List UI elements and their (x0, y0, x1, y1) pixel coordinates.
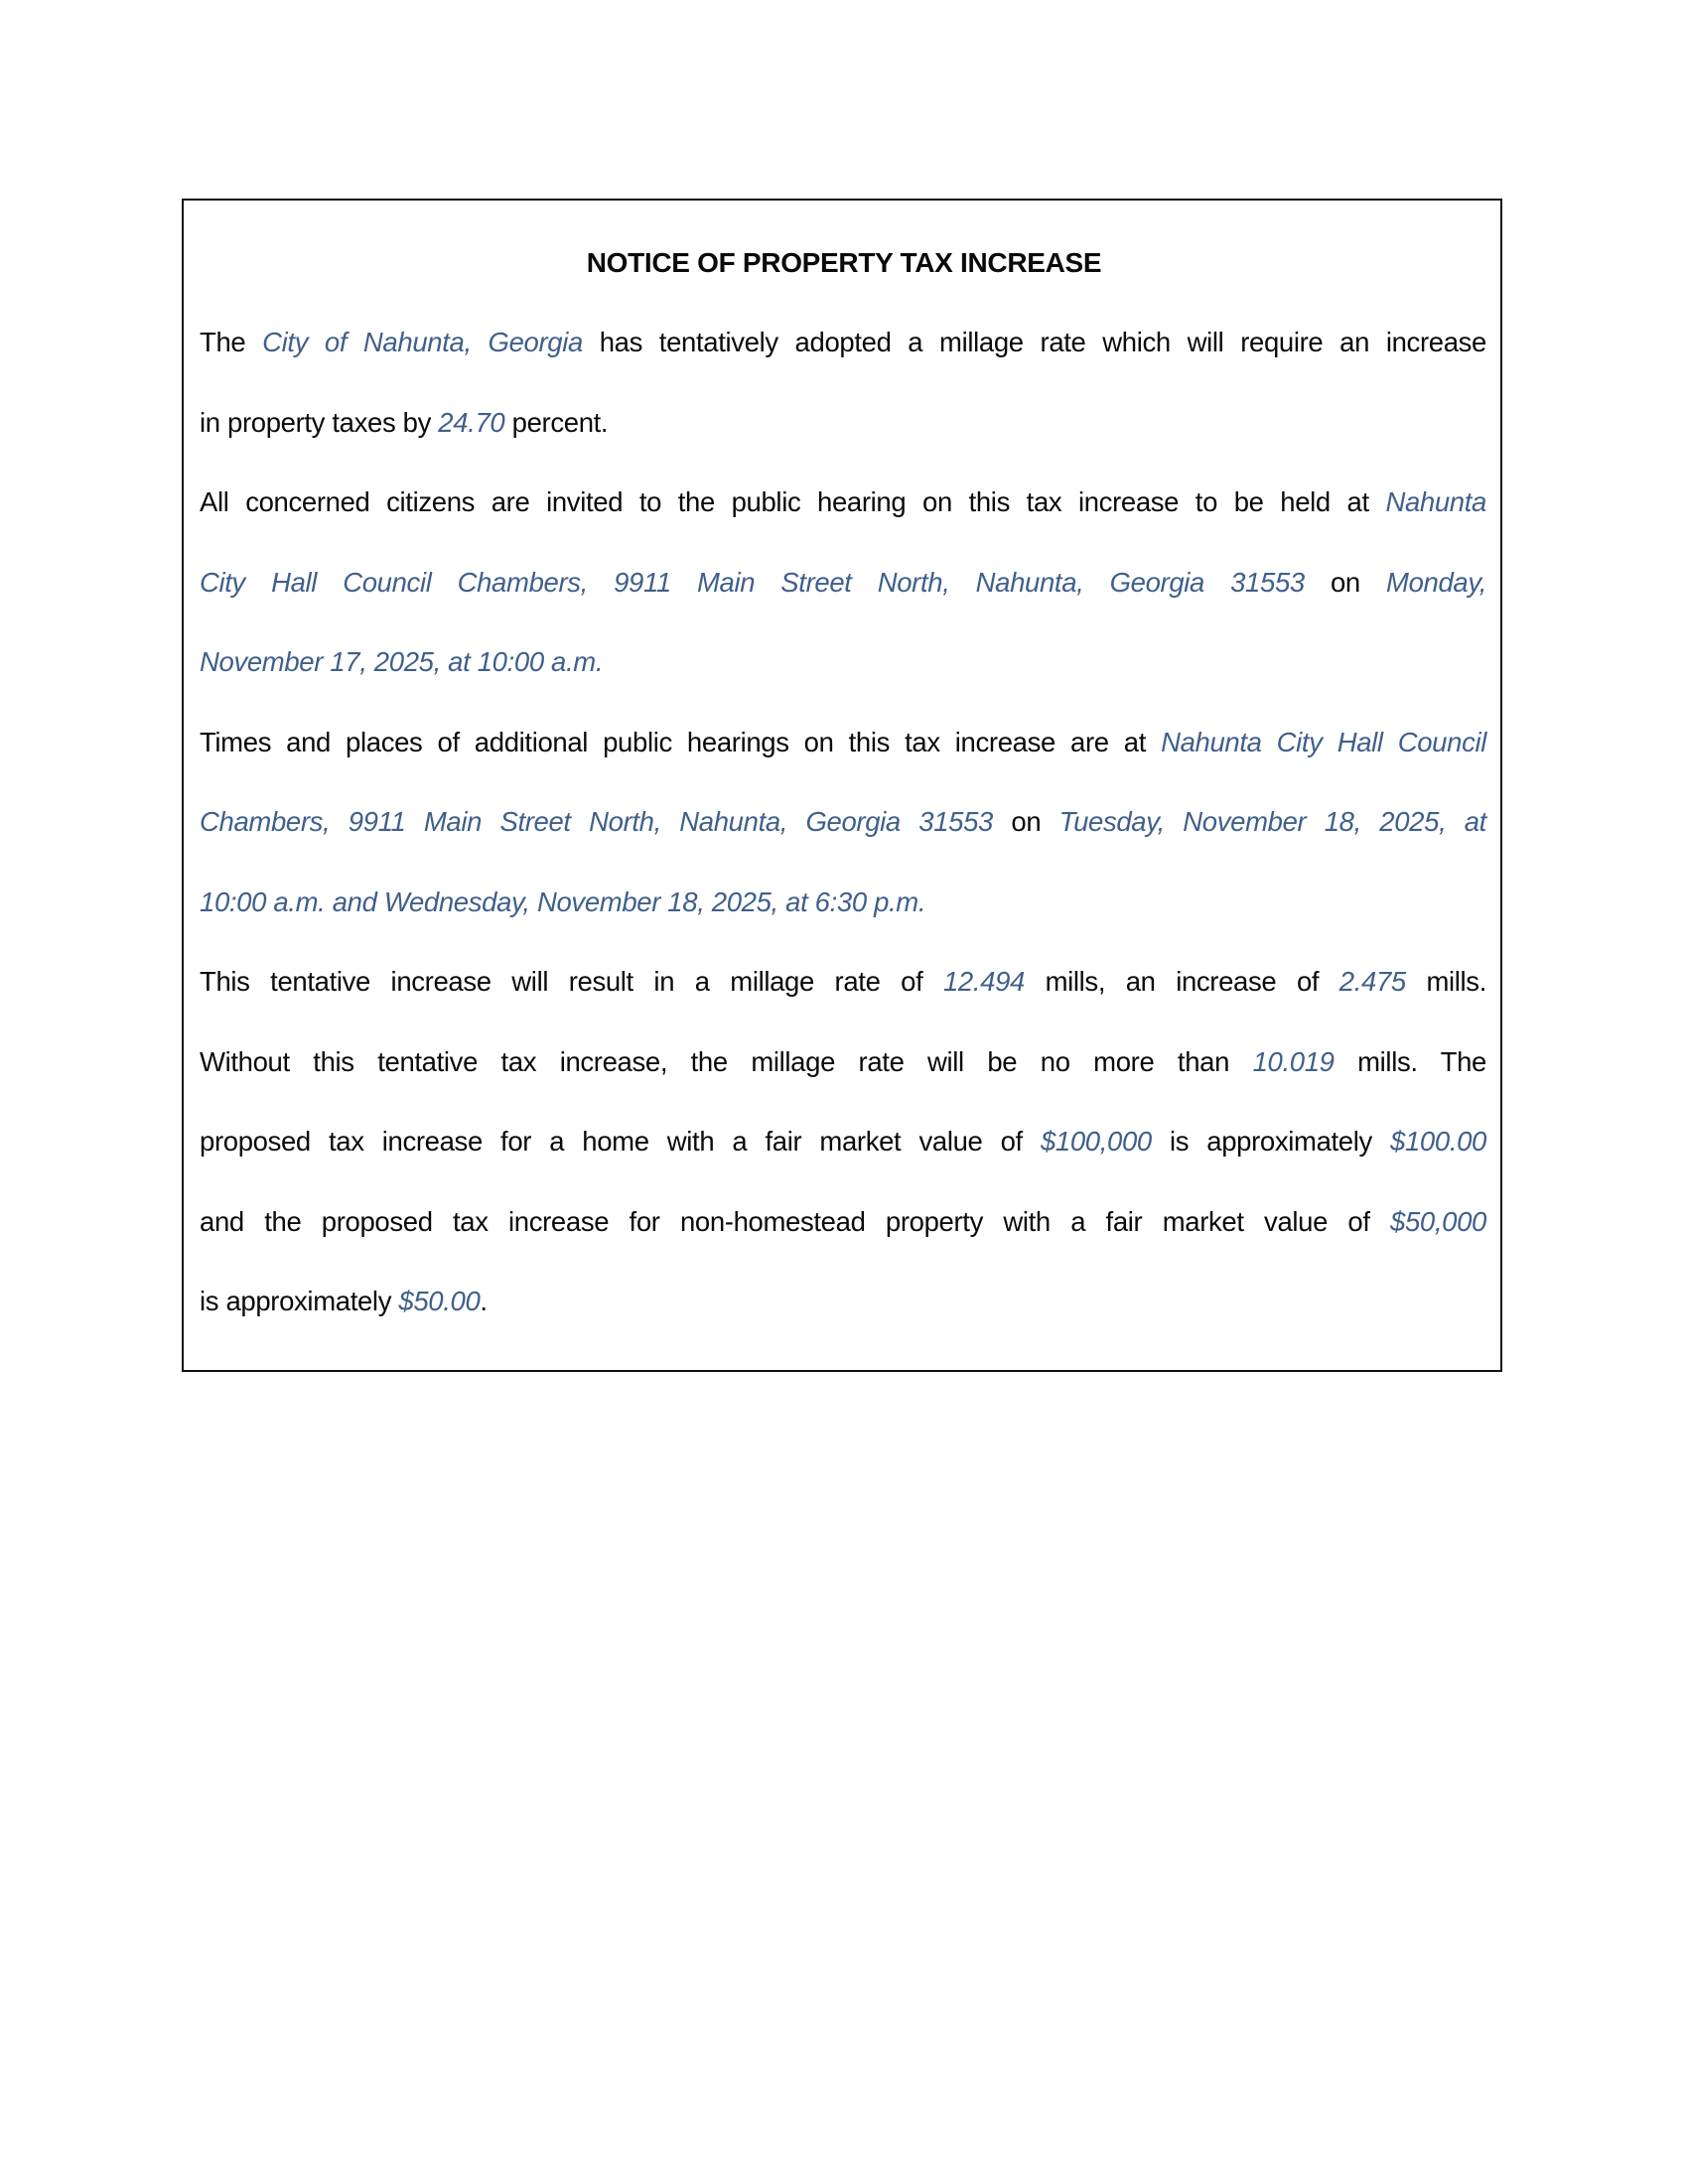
notice-line: Chambers, 9911 Main Street North, Nahunt… (200, 805, 1486, 839)
highlighted-value: City of Nahunta, Georgia (262, 327, 583, 357)
body-text: Without this tentative tax increase, the… (200, 1046, 1253, 1077)
notice-line: proposed tax increase for a home with a … (200, 1125, 1486, 1159)
body-text: on (1305, 567, 1386, 598)
notice-line: The City of Nahunta, Georgia has tentati… (200, 326, 1486, 359)
body-text: mills. (1406, 966, 1486, 997)
body-text: mills. The (1335, 1046, 1486, 1077)
highlighted-value: Tuesday, November 18, 2025, at (1059, 806, 1486, 837)
notice-line: is approximately $50.00. (200, 1285, 1486, 1318)
body-text: and the proposed tax increase for non-ho… (200, 1206, 1390, 1237)
body-text: . (480, 1286, 487, 1316)
body-text: is approximately (1152, 1126, 1390, 1157)
body-text: mills, an increase of (1025, 966, 1339, 997)
body-text: is approximately (200, 1286, 398, 1316)
body-text: on (993, 806, 1059, 837)
notice-line: and the proposed tax increase for non-ho… (200, 1205, 1486, 1239)
highlighted-value: 10:00 a.m. and Wednesday, November 18, 2… (200, 887, 925, 917)
body-text: proposed tax increase for a home with a … (200, 1126, 1041, 1157)
highlighted-value: City Hall Council Chambers, 9911 Main St… (200, 567, 1305, 598)
highlighted-value: 2.475 (1339, 966, 1406, 997)
highlighted-value: Nahunta City Hall Council (1161, 727, 1486, 757)
highlighted-value: $50,000 (1390, 1206, 1486, 1237)
notice-line: Times and places of additional public he… (200, 726, 1486, 759)
notice-line: Without this tentative tax increase, the… (200, 1045, 1486, 1079)
body-text: The (200, 327, 262, 357)
body-text: percent. (504, 407, 608, 438)
notice-title: NOTICE OF PROPERTY TAX INCREASE (0, 246, 1688, 280)
highlighted-value: November 17, 2025, at 10:00 a.m. (200, 646, 603, 677)
highlighted-value: 10.019 (1253, 1046, 1335, 1077)
body-text: All concerned citizens are invited to th… (200, 486, 1385, 517)
body-text: This tentative increase will result in a… (200, 966, 943, 997)
highlighted-value: 12.494 (943, 966, 1025, 997)
body-text: in property taxes by (200, 407, 438, 438)
highlighted-value: $100,000 (1041, 1126, 1152, 1157)
notice-line: in property taxes by 24.70 percent. (200, 406, 1486, 440)
notice-line: 10:00 a.m. and Wednesday, November 18, 2… (200, 886, 1486, 919)
body-text: has tentatively adopted a millage rate w… (583, 327, 1486, 357)
notice-line: November 17, 2025, at 10:00 a.m. (200, 645, 1486, 679)
highlighted-value: $50.00 (398, 1286, 480, 1316)
body-text: Times and places of additional public he… (200, 727, 1161, 757)
highlighted-value: Monday, (1386, 567, 1486, 598)
highlighted-value: 24.70 (438, 407, 504, 438)
highlighted-value: Chambers, 9911 Main Street North, Nahunt… (200, 806, 993, 837)
highlighted-value: Nahunta (1385, 486, 1486, 517)
notice-line: City Hall Council Chambers, 9911 Main St… (200, 566, 1486, 600)
notice-box (182, 199, 1502, 1372)
highlighted-value: $100.00 (1390, 1126, 1486, 1157)
notice-line: This tentative increase will result in a… (200, 965, 1486, 999)
notice-line: All concerned citizens are invited to th… (200, 485, 1486, 519)
